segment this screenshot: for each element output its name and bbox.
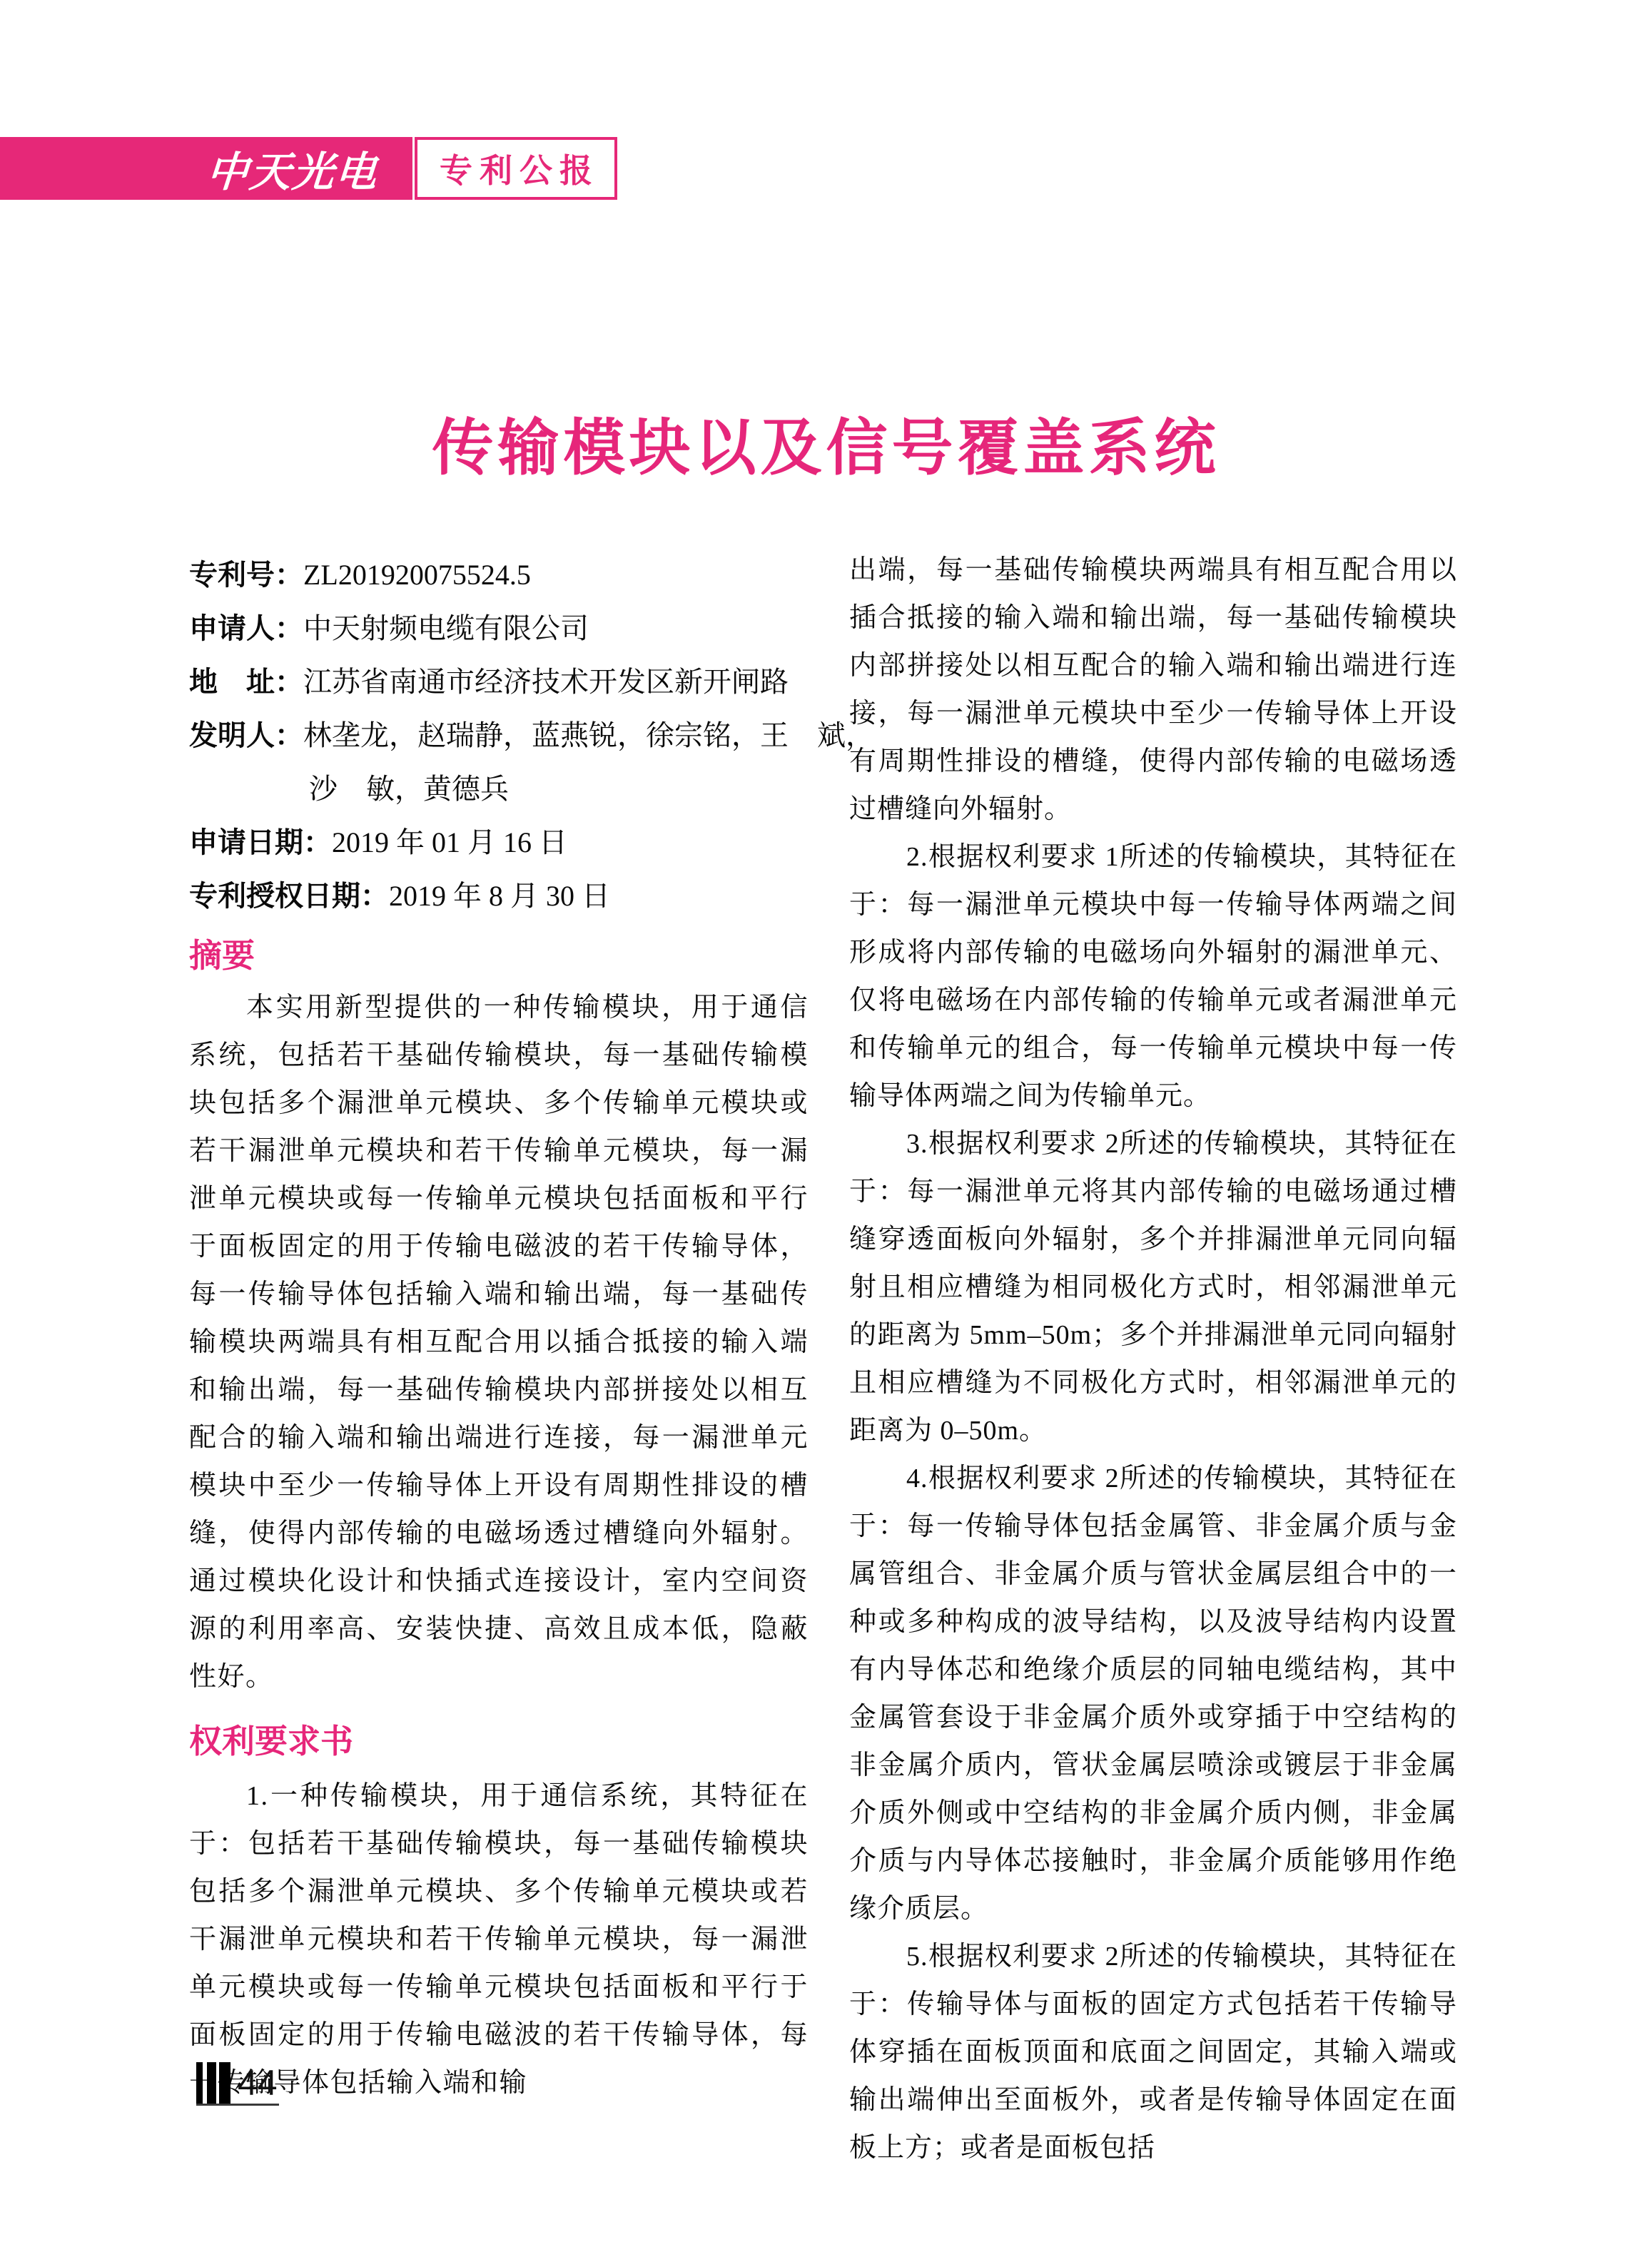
patent-number-value: ZL201920075524.5: [303, 559, 531, 591]
claim-2-paragraph: 2.根据权利要求 1所述的传输模块，其特征在于：每一漏泄单元模块中每一传输导体两…: [849, 833, 1457, 1120]
inventors-value-line1: 林垄龙，赵瑞静，蓝燕锐，徐宗铭，王 斌，: [303, 719, 874, 751]
info-row-address: 地 址：江苏省南通市经济技术开发区新开闸路: [189, 655, 809, 709]
applicant-label: 申请人：: [189, 612, 303, 644]
claim-5-paragraph: 5.根据权利要求 2所述的传输模块，其特征在于：传输导体与面板的固定方式包括若干…: [849, 1933, 1457, 2172]
page-title: 传输模块以及信号覆盖系统: [0, 398, 1652, 487]
page-number: 44: [238, 2062, 278, 2104]
footer-bar-icon: [207, 2062, 216, 2104]
info-row-application-date: 申请日期：2019 年 01 月 16 日: [189, 816, 809, 869]
gazette-badge: 专利公报: [415, 137, 617, 200]
right-column: 出端，每一基础传输模块两端具有相互配合用以插合抵接的输入端和输出端，每一基础传输…: [849, 547, 1457, 2172]
left-column: 专利号：ZL201920075524.5 申请人：中天射频电缆有限公司 地 址：…: [189, 548, 809, 2107]
info-row-inventors: 发明人：林垄龙，赵瑞静，蓝燕锐，徐宗铭，王 斌，: [189, 709, 809, 762]
footer-bar-icon: [219, 2062, 230, 2104]
abstract-heading: 摘要: [189, 934, 809, 978]
claim-1-paragraph: 1.一种传输模块，用于通信系统，其特征在于：包括若干基础传输模块，每一基础传输模…: [189, 1772, 809, 2107]
gazette-badge-label: 专利公报: [432, 145, 599, 192]
patent-number-label: 专利号：: [189, 559, 303, 591]
footer-bar-icon: [196, 2062, 203, 2104]
inventors-label: 发明人：: [189, 719, 303, 751]
info-row-grant-date: 专利授权日期：2019 年 8 月 30 日: [189, 869, 809, 923]
applicant-value: 中天射频电缆有限公司: [303, 612, 589, 644]
claim-1-continuation-paragraph: 出端，每一基础传输模块两端具有相互配合用以插合抵接的输入端和输出端，每一基础传输…: [849, 547, 1457, 833]
footer-rule: [196, 2104, 279, 2106]
info-row-applicant: 申请人：中天射频电缆有限公司: [189, 602, 809, 655]
info-row-patent-number: 专利号：ZL201920075524.5: [189, 548, 809, 602]
abstract-paragraph: 本实用新型提供的一种传输模块，用于通信系统，包括若干基础传输模块，每一基础传输模…: [189, 984, 809, 1701]
address-value: 江苏省南通市经济技术开发区新开闸路: [303, 666, 789, 698]
grant-date-label: 专利授权日期：: [189, 880, 389, 912]
grant-date-value: 2019 年 8 月 30 日: [389, 880, 610, 912]
claim-3-paragraph: 3.根据权利要求 2所述的传输模块，其特征在于：每一漏泄单元将其内部传输的电磁场…: [849, 1120, 1457, 1455]
page-footer: 44: [196, 2062, 482, 2112]
application-date-label: 申请日期：: [189, 826, 332, 858]
inventors-value-line2: 沙 敏，黄德兵: [309, 773, 509, 805]
claims-heading: 权利要求书: [189, 1720, 809, 1764]
address-label: 地 址：: [189, 666, 303, 698]
application-date-value: 2019 年 01 月 16 日: [332, 826, 567, 858]
info-row-inventors-continued: 沙 敏，黄德兵: [189, 762, 809, 816]
claim-4-paragraph: 4.根据权利要求 2所述的传输模块，其特征在于：每一传输导体包括金属管、非金属介…: [849, 1455, 1457, 1933]
company-logo: 中天光电: [216, 140, 370, 197]
